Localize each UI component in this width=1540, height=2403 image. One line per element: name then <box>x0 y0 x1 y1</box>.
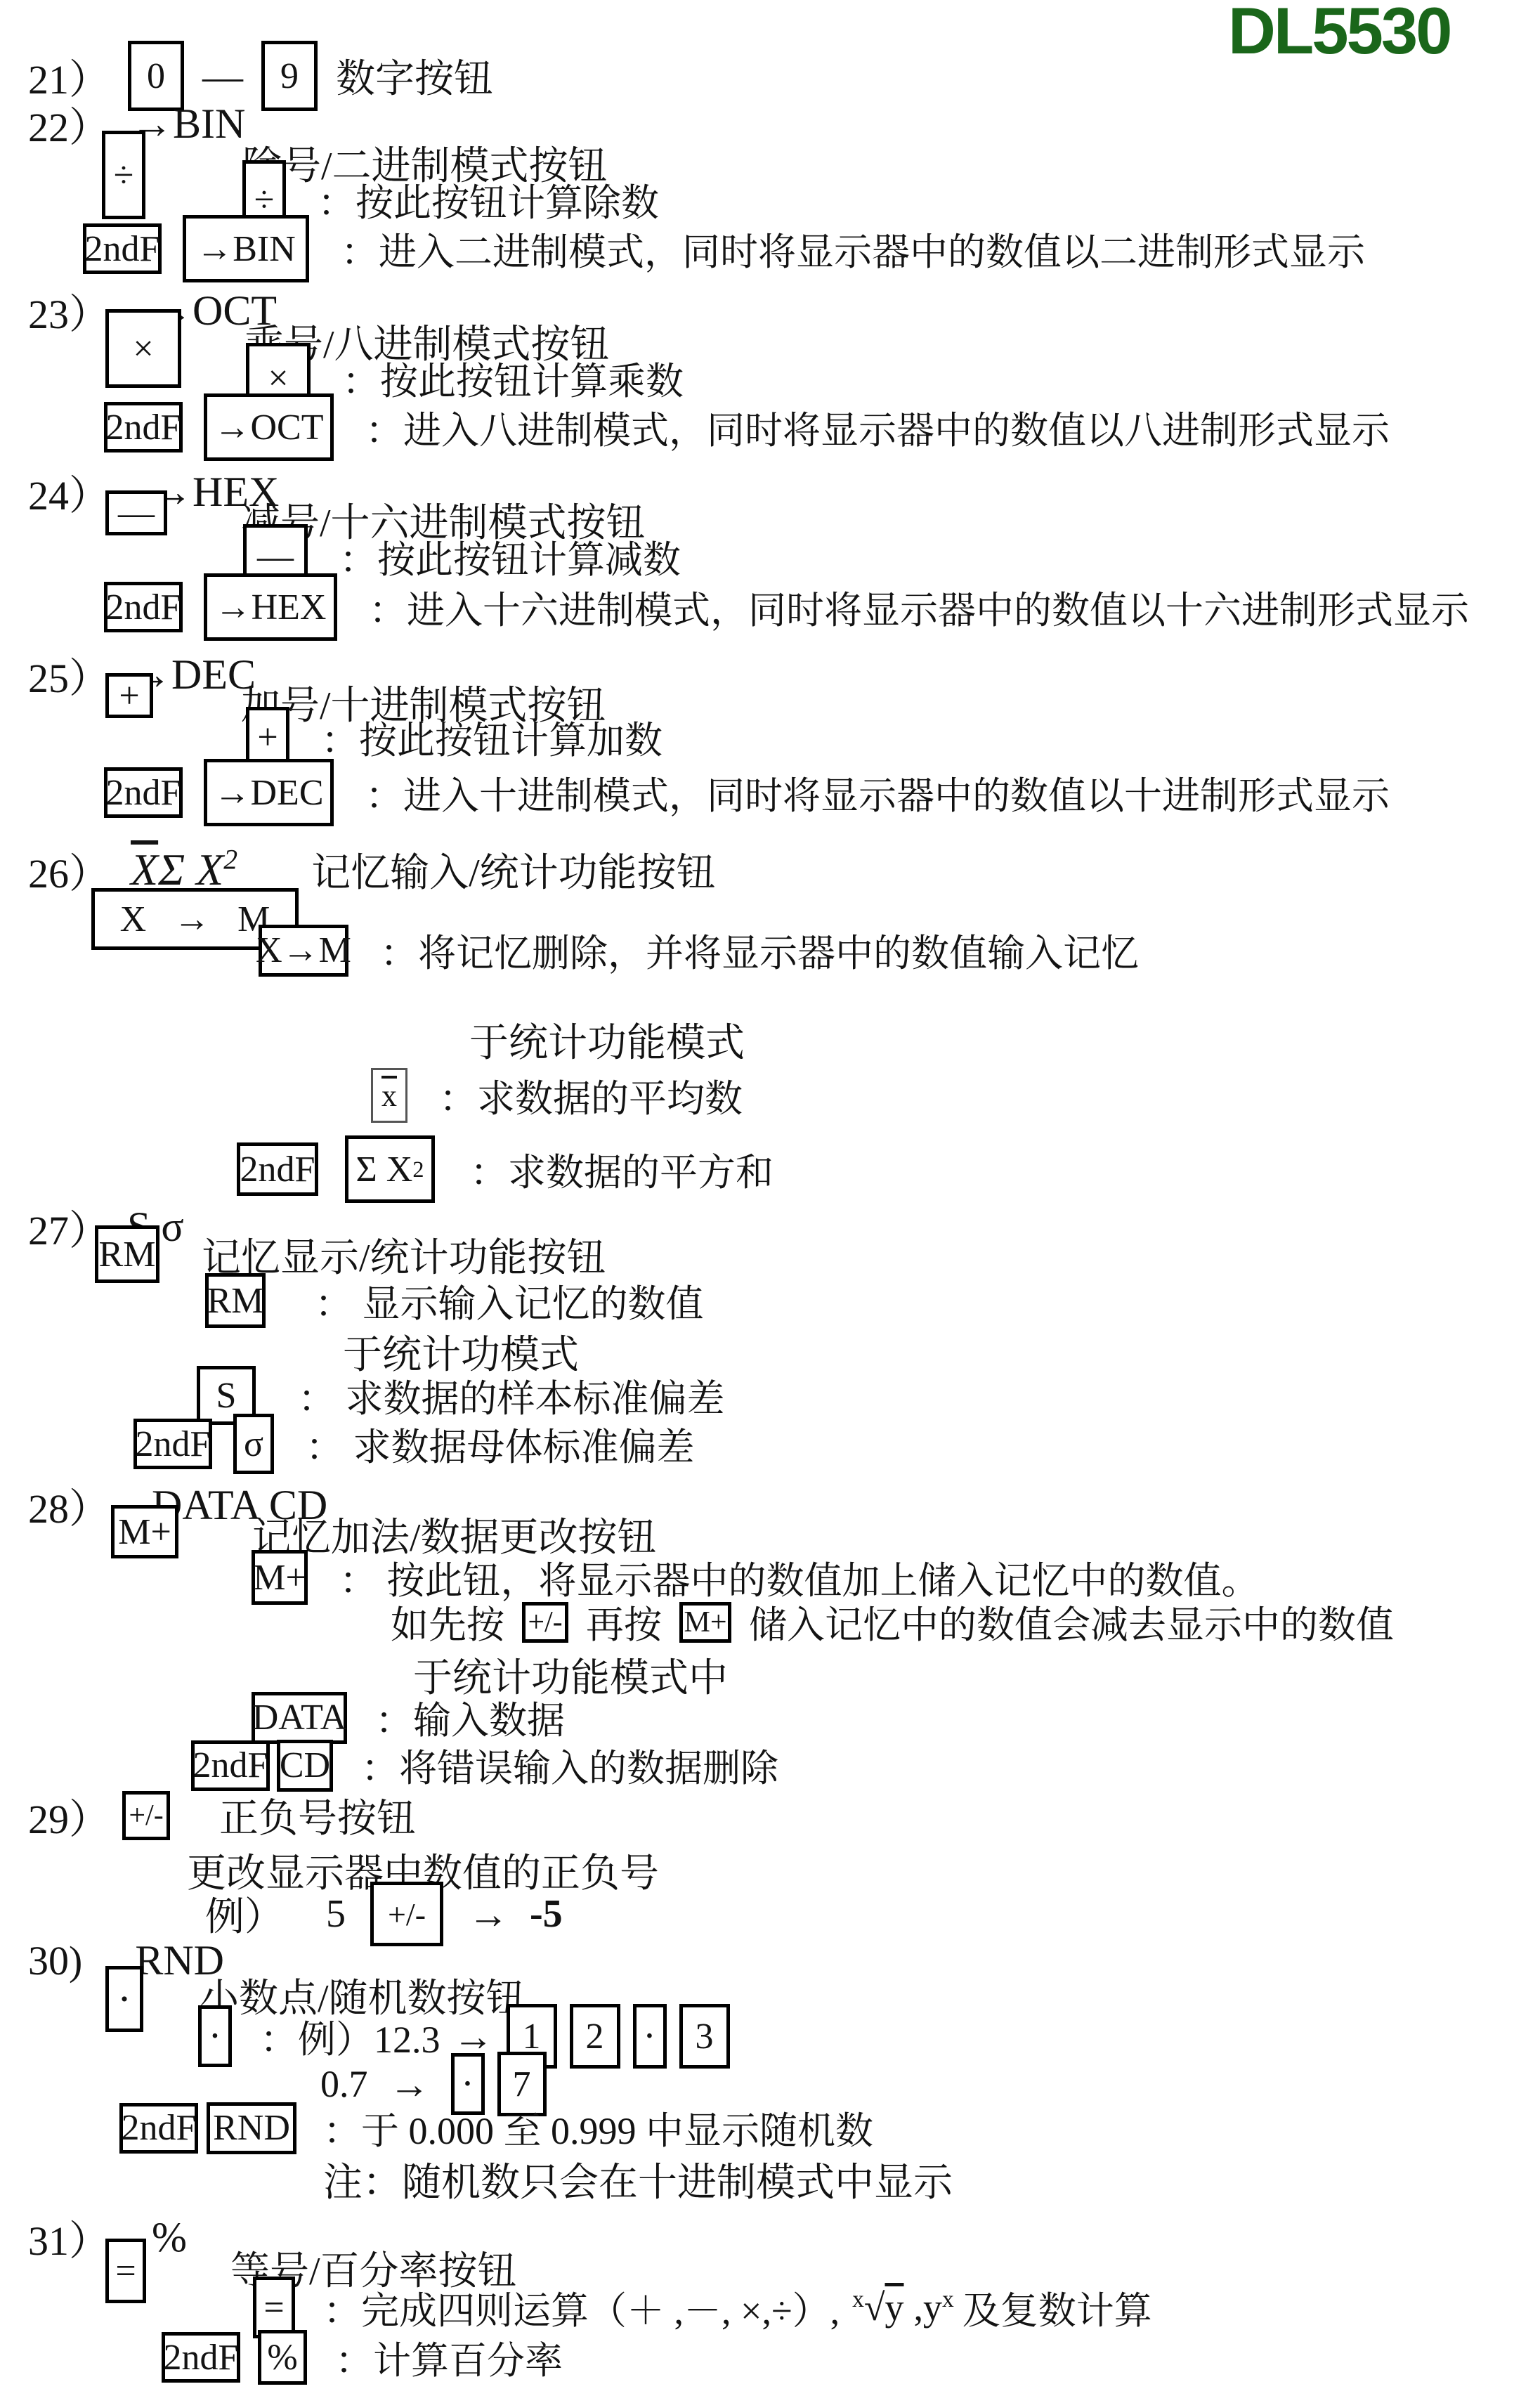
key-2ndf: 2ndF <box>119 2103 198 2154</box>
item-26-label: 记忆输入/统计功能按钮 <box>311 842 716 898</box>
item-29-ex-result: -5 <box>530 1891 563 1936</box>
key-rm: RM <box>95 1225 159 1283</box>
item-28-note-row: 如先按 +/- 再按 M+ 储入记忆中的数值会减去显示中的数值 <box>391 1595 1394 1649</box>
item-28-data-row: DATA ：输入数据 <box>252 1691 565 1745</box>
key-sigma-x2: Σ X2 <box>345 1135 435 1203</box>
item-28-data-desc: ：输入数据 <box>375 1691 565 1745</box>
item-29-label: 正负号按钮 <box>219 1787 416 1844</box>
item-30-rnd-desc: ：于 0.000 至 0.999 中显示随机数 <box>323 2101 873 2155</box>
item-26-cont-text: 于统计功能模式 <box>469 1012 745 1068</box>
item-31-pct-row: 2ndF % ：计算百分率 <box>162 2330 563 2385</box>
key-multiply: × <box>105 309 181 388</box>
item-30-rnd-row: 2ndF RND ：于 0.000 至 0.999 中显示随机数 <box>119 2101 873 2155</box>
item-24-number: 24） <box>28 462 110 521</box>
item-28-pre: 如先按 <box>391 1595 504 1649</box>
item-31-desc-c: 及复数计算 <box>962 2281 1152 2335</box>
key-3: 3 <box>679 2004 730 2069</box>
item-26-inline-desc: ：将记忆删除，并将显示器中的数值输入记忆 <box>380 923 1139 977</box>
key-to-dec: →DEC <box>204 759 334 826</box>
item-27-inline-desc: ： 显示输入记忆的数值 <box>315 1274 704 1328</box>
item-28-cd-row: 2ndF CD ：将错误输入的数据删除 <box>191 1738 778 1792</box>
item-31-number: 31） <box>28 2208 110 2267</box>
y-power-x: ,yx <box>913 2286 953 2329</box>
key-decimal-point: · <box>633 2004 667 2069</box>
page-title: DL5530 <box>1228 0 1450 69</box>
item-28-mid: 再按 <box>586 1595 662 1649</box>
item-26-sq-row: 2ndF Σ X2 ：求数据的平方和 <box>237 1135 774 1203</box>
item-29-example: 例） 5 +/- → -5 <box>205 1882 563 1946</box>
item-29-ex-num: 5 <box>326 1891 346 1936</box>
key-2ndf: 2ndF <box>104 582 183 632</box>
key-m-plus: M+ <box>252 1550 308 1605</box>
item-30-note: 注：随机数只会在十进制模式中显示 <box>323 2151 953 2208</box>
key-equals: = <box>105 2239 146 2303</box>
key-plus: + <box>105 673 153 718</box>
xth-root-of-y: x√y <box>852 2286 903 2329</box>
key-to-oct: →OCT <box>204 393 334 461</box>
item-23-mode-desc: ：进入八进制模式，同时将显示器中的数值以八进制形式显示 <box>365 400 1390 455</box>
item-25-mode-desc: ：进入十进制模式，同时将显示器中的数值以十进制形式显示 <box>365 766 1390 820</box>
key-decimal-point: · <box>198 2005 232 2067</box>
key-sigma: σ <box>233 1414 274 1474</box>
item-28-number: 28） <box>28 1476 110 1535</box>
item-30-ex2-num: 0.7 <box>320 2062 368 2106</box>
item-28-post: 储入记忆中的数值会减去显示中的数值 <box>749 1595 1394 1649</box>
item-22-mode: 2ndF →BIN ：进入二进制模式，同时将显示器中的数值以二进制形式显示 <box>83 215 1365 282</box>
key-9: 9 <box>261 41 318 111</box>
item-27-sigma-desc: ： 求数据母体标准偏差 <box>306 1417 695 1471</box>
key-minus: — <box>105 490 167 535</box>
item-22-number: 22） <box>28 94 110 153</box>
key-to-bin: →BIN <box>183 215 309 282</box>
item-31-desc-a: ：完成四则运算（＋ ,－, ×,÷）, <box>323 2281 840 2335</box>
key-plus-minus: +/- <box>122 1791 170 1840</box>
item-27-sigma-row: 2ndF σ ： 求数据母体标准偏差 <box>133 1414 695 1474</box>
key-plus-minus: +/- <box>522 1602 568 1643</box>
key-2ndf: 2ndF <box>133 1419 212 1469</box>
item-30-number: 30) <box>28 1937 82 1984</box>
key-plus-minus: +/- <box>370 1882 443 1946</box>
item-24-mode: 2ndF →HEX ：进入十六进制模式，同时将显示器中的数值以十六进制形式显示 <box>104 573 1469 641</box>
arrow-icon: → <box>468 1891 509 1938</box>
key-2ndf: 2ndF <box>83 223 162 274</box>
key-percent: % <box>258 2330 307 2385</box>
item-26-xbar-desc: ：求数据的平均数 <box>439 1069 743 1123</box>
key-decimal-point: · <box>105 1966 143 2032</box>
key-rm: RM <box>205 1273 266 1328</box>
key-m-plus: M+ <box>111 1505 178 1558</box>
key-x-to-m: X→M <box>259 925 348 977</box>
item-26-cont: 于统计功能模式 <box>469 1012 745 1068</box>
item-26-xbar-row: x ：求数据的平均数 <box>371 1068 743 1123</box>
item-26-sq-desc: ：求数据的平方和 <box>470 1142 774 1197</box>
item-21-label: 数字按钮 <box>336 48 493 104</box>
item-29-ex-label: 例） <box>205 1886 284 1942</box>
item-23-mode: 2ndF →OCT ：进入八进制模式，同时将显示器中的数值以八进制形式显示 <box>104 393 1390 461</box>
key-2ndf: 2ndF <box>191 1740 270 1791</box>
key-2ndf: 2ndF <box>162 2332 240 2383</box>
manual-page: DL5530 21） 0 — 9 数字按钮 22） →BIN ÷ 除号/二进制模… <box>0 0 1540 2403</box>
item-22-mode-desc: ：进入二进制模式，同时将显示器中的数值以二进制形式显示 <box>341 222 1365 276</box>
key-cd: CD <box>277 1740 333 1792</box>
item-27-inline: RM ： 显示输入记忆的数值 <box>205 1273 704 1328</box>
item-31-pct-desc: ：计算百分率 <box>335 2331 563 2385</box>
key-2: 2 <box>570 2004 620 2069</box>
key-divide: ÷ <box>102 131 145 219</box>
key-to-hex: →HEX <box>204 573 337 641</box>
range-dash: — <box>202 53 243 100</box>
key-2ndf: 2ndF <box>237 1142 318 1196</box>
item-23-number: 23） <box>28 281 110 340</box>
key-2ndf: 2ndF <box>104 402 183 452</box>
item-26-inline: X→M ：将记忆删除，并将显示器中的数值输入记忆 <box>259 923 1139 977</box>
item-28-cd-desc: ：将错误输入的数据删除 <box>361 1738 778 1792</box>
item-29-number: 29） <box>28 1786 110 1845</box>
key-2ndf: 2ndF <box>104 767 183 818</box>
item-25-mode: 2ndF →DEC ：进入十进制模式，同时将显示器中的数值以十进制形式显示 <box>104 759 1390 826</box>
item-30-note-text: 注：随机数只会在十进制模式中显示 <box>323 2151 953 2208</box>
item-29-head: 29） +/- 正负号按钮 <box>28 1786 416 1845</box>
key-rnd: RND <box>207 2102 296 2154</box>
key-equals: = <box>253 2277 295 2338</box>
key-m-plus: M+ <box>679 1602 731 1643</box>
item-25-inline-desc: ：按此按钮计算加数 <box>321 710 663 764</box>
key-xbar: x <box>371 1068 407 1123</box>
item-31-inline: = ：完成四则运算（＋ ,－, ×,÷）, x√y ,yx 及复数计算 <box>253 2277 1152 2338</box>
key-data: DATA <box>252 1692 347 1744</box>
item-25-number: 25） <box>28 645 110 704</box>
item-24-mode-desc: ：进入十六进制模式，同时将显示器中的数值以十六进制形式显示 <box>369 580 1469 634</box>
